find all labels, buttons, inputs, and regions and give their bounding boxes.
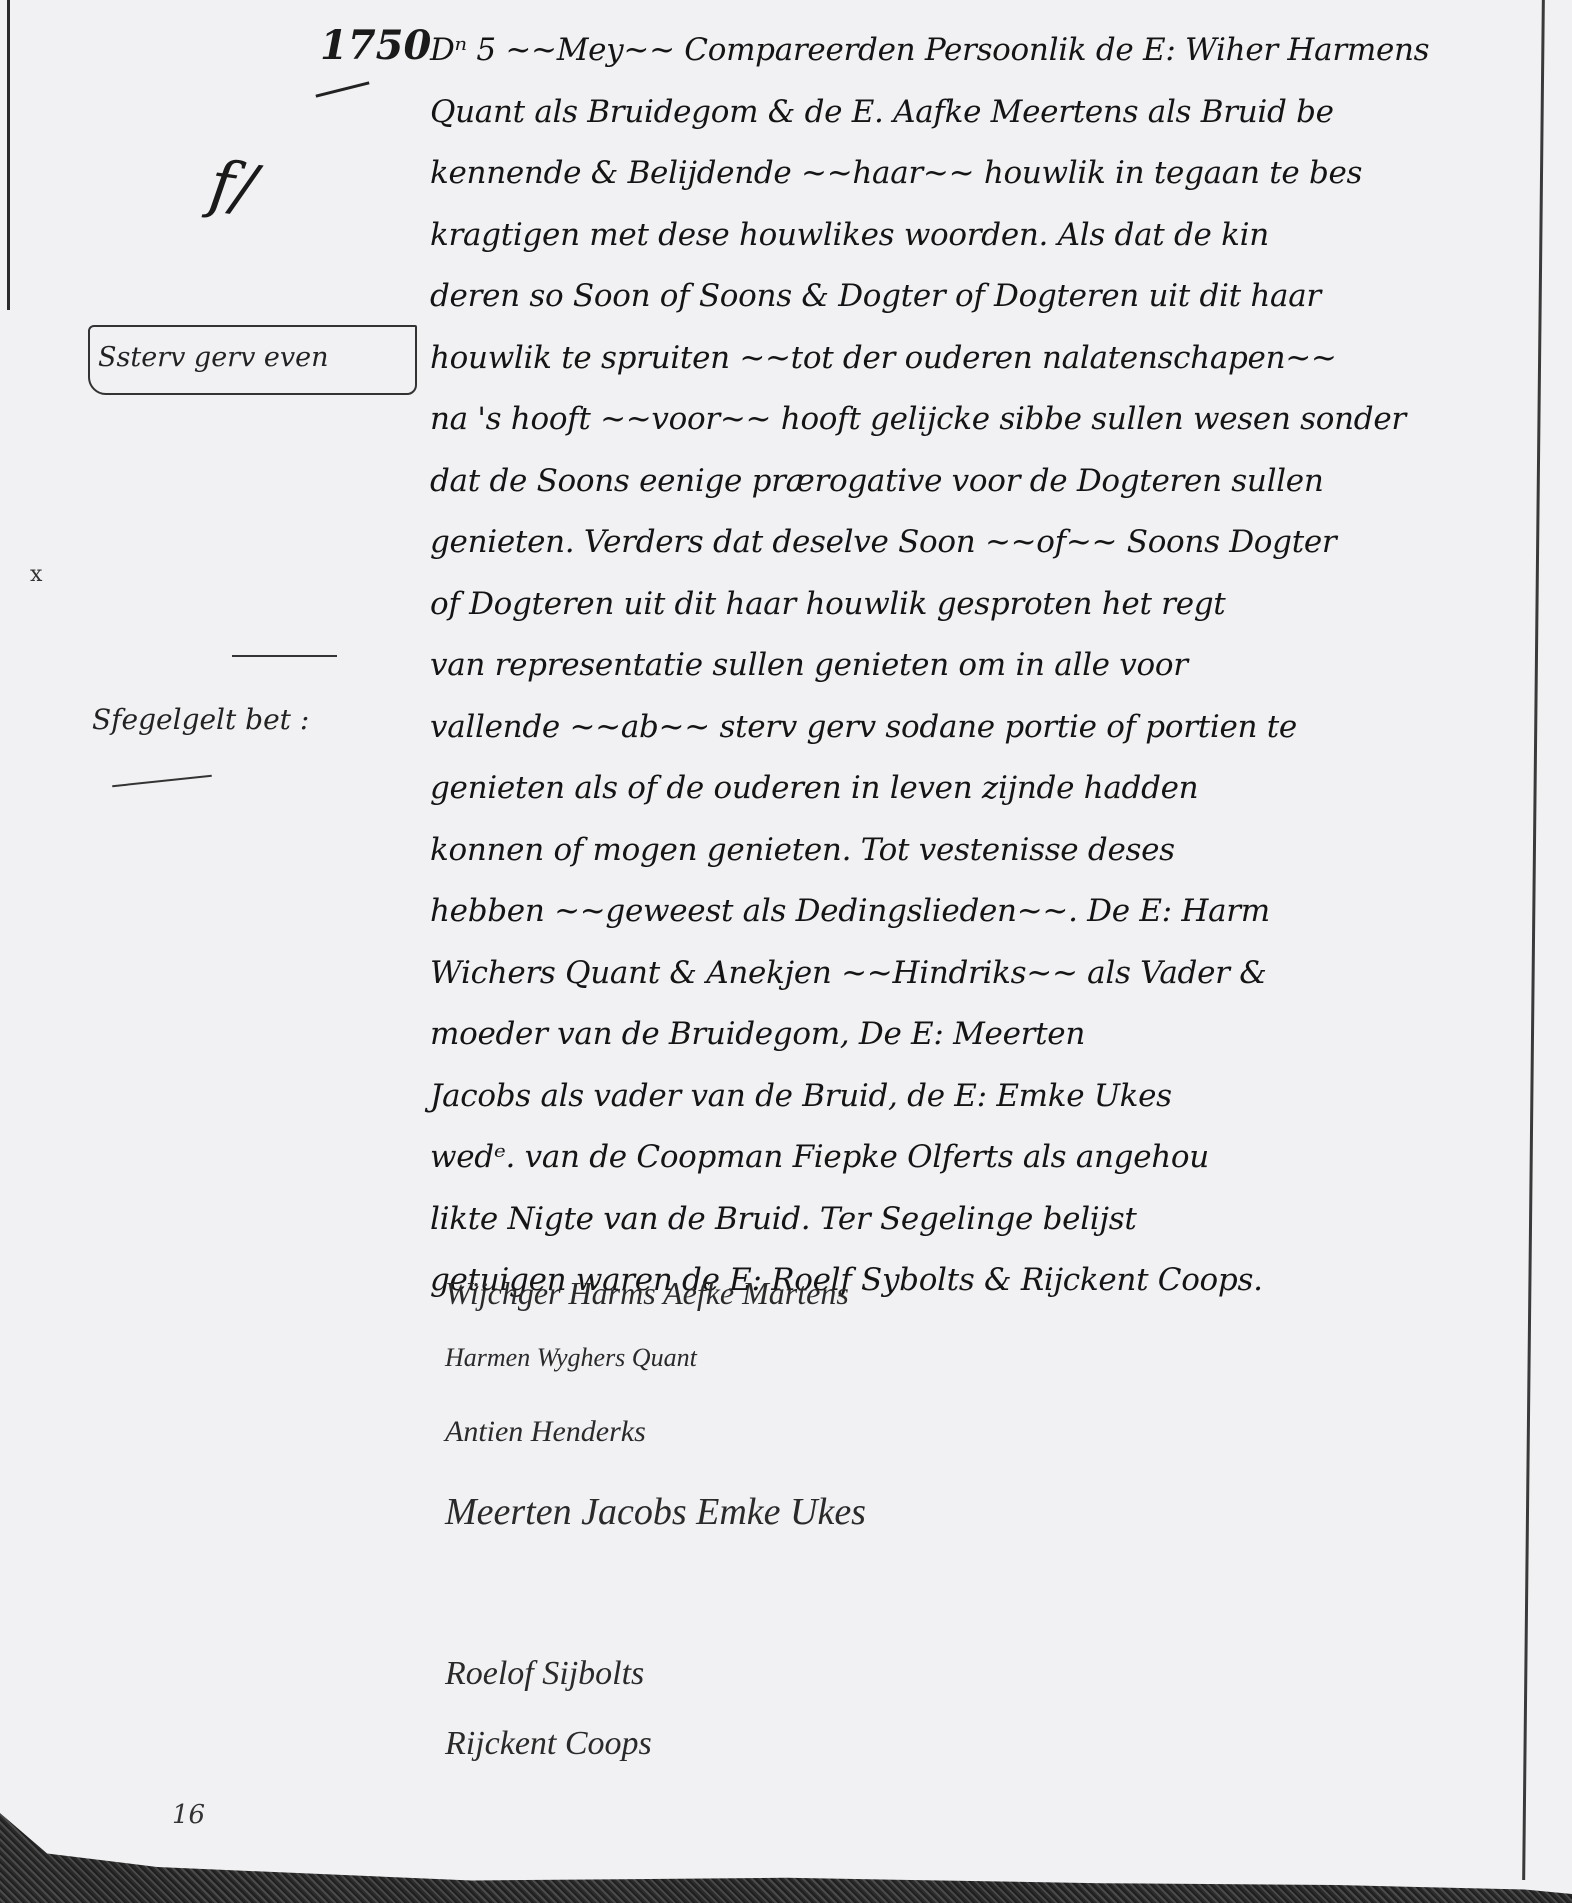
- margin-note-seal-fee: Sfegelgelt bet :: [92, 703, 309, 736]
- margin-divider: [232, 655, 337, 657]
- signature-witness-1: Roelof Sijbolts: [445, 1655, 644, 1693]
- signature-groom-mother: Antien Henderks: [445, 1415, 646, 1449]
- text-line: of Dogteren uit dit haar houwlik gesprot…: [430, 574, 1530, 636]
- margin-divider: [112, 775, 212, 787]
- text-line: dat de Soons eenige prærogative voor de …: [430, 451, 1530, 513]
- text-line: genieten. Verders dat deselve Soon ~~of~…: [430, 512, 1530, 574]
- margin-note-inheritance: Ssterv gerv even: [98, 342, 329, 373]
- text-line: na 's hooft ~~voor~~ hooft gelijcke sibb…: [430, 389, 1530, 451]
- margin-mark: f/: [205, 147, 260, 227]
- text-line: genieten als of de ouderen in leven zijn…: [430, 758, 1530, 820]
- text-line: vallende ~~ab~~ sterv gerv sodane portie…: [430, 697, 1530, 759]
- record-body: Dⁿ 5 ~~Mey~~ Compareerden Persoonlik de …: [430, 20, 1530, 1312]
- left-margin-rule: [7, 0, 10, 310]
- text-line: houwlik te spruiten ~~tot der ouderen na…: [430, 328, 1530, 390]
- signature-bride-father-aunt: Meerten Jacobs Emke Ukes: [445, 1490, 866, 1534]
- text-line: deren so Soon of Soons & Dogter of Dogte…: [430, 266, 1530, 328]
- scanned-page: 1750 f/ Ssterv gerv even x Sfegelgelt be…: [0, 0, 1572, 1903]
- year-underline: [315, 81, 369, 97]
- text-line: hebben ~~geweest als Dedingslieden~~. De…: [430, 881, 1530, 943]
- text-line: kragtigen met dese houwlikes woorden. Al…: [430, 205, 1530, 267]
- text-line: Dⁿ 5 ~~Mey~~ Compareerden Persoonlik de …: [430, 20, 1530, 82]
- text-line: moeder van de Bruidegom, De E: Meerten: [430, 1004, 1530, 1066]
- entry-year: 1750: [320, 22, 431, 69]
- signature-groom-bride: Wijchger Harms Aefke Martens: [445, 1275, 849, 1312]
- scan-dark-edge: [0, 1813, 1572, 1903]
- text-line: Quant als Bruidegom & de E. Aafke Meerte…: [430, 82, 1530, 144]
- text-line: likte Nigte van de Bruid. Ter Segelinge …: [430, 1189, 1530, 1251]
- margin-x-mark: x: [30, 562, 42, 587]
- text-line: Jacobs als vader van de Bruid, de E: Emk…: [430, 1066, 1530, 1128]
- page-number: 16: [172, 1800, 205, 1830]
- text-line: kennende & Belijdende ~~haar~~ houwlik i…: [430, 143, 1530, 205]
- text-line: van representatie sullen genieten om in …: [430, 635, 1530, 697]
- signature-groom-father: Harmen Wyghers Quant: [445, 1343, 697, 1373]
- signature-witness-2: Rijckent Coops: [445, 1725, 652, 1763]
- text-line: Wichers Quant & Anekjen ~~Hindriks~~ als…: [430, 943, 1530, 1005]
- text-line: konnen of mogen genieten. Tot vestenisse…: [430, 820, 1530, 882]
- text-line: wedᵉ. van de Coopman Fiepke Olferts als …: [430, 1127, 1530, 1189]
